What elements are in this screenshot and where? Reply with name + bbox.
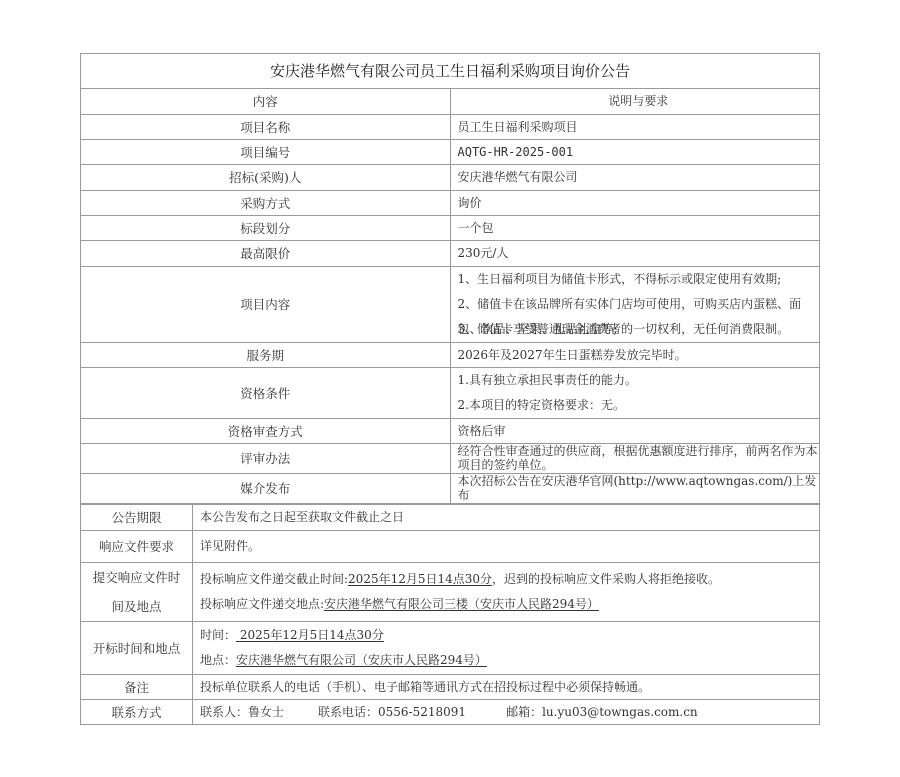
- contact-person: 联系人：鲁女士: [200, 705, 284, 719]
- place-prefix: 投标响应文件递交地点:: [200, 597, 324, 611]
- header-description-label: 说明与要求: [450, 89, 820, 115]
- row-label: 标段划分: [81, 216, 451, 241]
- content-line: 2、储值卡在该品牌所有实体门店均可使用，可购买店内蛋糕、面包、饮品、坚果、礼品礼…: [458, 292, 820, 317]
- submission-place-line: 投标响应文件递交地点:安庆港华燃气有限公司三楼（安庆市人民路294号）: [200, 592, 819, 617]
- opening-place-value: 安庆港华燃气有限公司（安庆市人民路294号）: [236, 653, 487, 667]
- row-procurement-method: 采购方式 询价: [81, 191, 820, 216]
- opening-time-line: 时间： 2025年12月5日14点30分: [200, 623, 819, 648]
- submission-value: 投标响应文件递交截止时间:2025年12月5日14点30分，迟到的投标响应文件采…: [193, 563, 820, 622]
- place-value: 安庆港华燃气有限公司三楼（安庆市人民路294号）: [324, 597, 599, 611]
- content-line: 1、生日福利项目为储值卡形式，不得标示或限定使用有效期;: [458, 267, 820, 292]
- qualification-value: 1.具有独立承担民事责任的能力。 2.本项目的特定资格要求：无。: [450, 368, 820, 419]
- row-label: 备注: [81, 675, 193, 700]
- max-price-value: 230元/人: [450, 241, 820, 267]
- deadline-value: 2025年12月5日14点30分: [348, 572, 492, 586]
- row-label: 项目名称: [81, 115, 451, 140]
- row-contact: 联系方式 联系人：鲁女士联系电话：0556-5218091邮箱：lu.yu03@…: [81, 700, 820, 725]
- row-label: 媒介发布: [81, 473, 451, 503]
- evaluation-method-value: 经符合性审查通过的供应商，根据优惠额度进行排序，前两名作为本项目的签约单位。: [450, 444, 820, 474]
- service-period-value: 2026年及2027年生日蛋糕券发放完毕时。: [450, 343, 820, 368]
- row-opening-time-place: 开标时间和地点 时间： 2025年12月5日14点30分 地点：安庆港华燃气有限…: [81, 622, 820, 675]
- row-segment: 标段划分 一个包: [81, 216, 820, 241]
- contact-value: 联系人：鲁女士联系电话：0556-5218091邮箱：lu.yu03@towng…: [193, 700, 820, 725]
- row-notice-period: 公告期限 本公告发布之日起至获取文件截止之日: [81, 505, 820, 531]
- page-title: 安庆港华燃气有限公司员工生日福利采购项目询价公告: [81, 54, 820, 89]
- row-submission-time-place: 提交响应文件时 间及地点 投标响应文件递交截止时间:2025年12月5日14点3…: [81, 563, 820, 622]
- row-label: 服务期: [81, 343, 451, 368]
- row-label: 招标(采购)人: [81, 165, 451, 191]
- row-response-requirements: 响应文件要求 详见附件。: [81, 531, 820, 563]
- row-label: 资格审查方式: [81, 419, 451, 444]
- row-label: 评审办法: [81, 444, 451, 474]
- project-content-value: 1、生日福利项目为储值卡形式，不得标示或限定使用有效期; 2、储值卡在该品牌所有…: [450, 267, 820, 343]
- row-project-content: 项目内容 1、生日福利项目为储值卡形式，不得标示或限定使用有效期; 2、储值卡在…: [81, 267, 820, 343]
- contact-phone: 联系电话：0556-5218091: [318, 705, 466, 719]
- row-label: 最高限价: [81, 241, 451, 267]
- header-content-label: 内容: [81, 89, 451, 115]
- qualification-review-value: 资格后审: [450, 419, 820, 444]
- row-project-code: 项目编号 AQTG-HR-2025-001: [81, 140, 820, 165]
- segment-value: 一个包: [450, 216, 820, 241]
- project-code-value: AQTG-HR-2025-001: [450, 140, 820, 165]
- row-project-name: 项目名称 员工生日福利采购项目: [81, 115, 820, 140]
- row-label: 响应文件要求: [81, 531, 193, 563]
- qualification-line: 1.具有独立承担民事责任的能力。: [458, 368, 820, 393]
- label-line: 提交响应文件时: [81, 563, 192, 592]
- row-label: 项目内容: [81, 267, 451, 343]
- row-max-price: 最高限价 230元/人: [81, 241, 820, 267]
- notice-table-submission: 公告期限 本公告发布之日起至获取文件截止之日 响应文件要求 详见附件。 提交响应…: [80, 504, 820, 725]
- procurement-method-value: 询价: [450, 191, 820, 216]
- opening-value: 时间： 2025年12月5日14点30分 地点：安庆港华燃气有限公司（安庆市人民…: [193, 622, 820, 675]
- contact-email: 邮箱：lu.yu03@towngas.com.cn: [506, 705, 698, 719]
- project-name-value: 员工生日福利采购项目: [450, 115, 820, 140]
- row-label: 开标时间和地点: [81, 622, 193, 675]
- row-label: 资格条件: [81, 368, 451, 419]
- row-label: 提交响应文件时 间及地点: [81, 563, 193, 622]
- row-label: 公告期限: [81, 505, 193, 531]
- opening-time-value: 2025年12月5日14点30分: [236, 628, 384, 642]
- submission-deadline-line: 投标响应文件递交截止时间:2025年12月5日14点30分，迟到的投标响应文件采…: [200, 567, 819, 592]
- time-prefix: 时间：: [200, 628, 236, 642]
- row-label: 采购方式: [81, 191, 451, 216]
- label-line: 间及地点: [81, 592, 192, 621]
- row-qualification-review: 资格审查方式 资格后审: [81, 419, 820, 444]
- row-label: 联系方式: [81, 700, 193, 725]
- response-requirements-value: 详见附件。: [193, 531, 820, 563]
- notice-period-value: 本公告发布之日起至获取文件截止之日: [193, 505, 820, 531]
- buyer-value: 安庆港华燃气有限公司: [450, 165, 820, 191]
- row-buyer: 招标(采购)人 安庆港华燃气有限公司: [81, 165, 820, 191]
- qualification-line: 2.本项目的特定资格要求：无。: [458, 393, 820, 418]
- deadline-prefix: 投标响应文件递交截止时间:: [200, 572, 348, 586]
- row-label: 项目编号: [81, 140, 451, 165]
- row-qualification: 资格条件 1.具有独立承担民事责任的能力。 2.本项目的特定资格要求：无。: [81, 368, 820, 419]
- notice-table-main: 安庆港华燃气有限公司员工生日福利采购项目询价公告 内容 说明与要求 项目名称 员…: [80, 53, 820, 504]
- opening-place-line: 地点：安庆港华燃气有限公司（安庆市人民路294号）: [200, 648, 819, 673]
- remarks-value: 投标单位联系人的电话（手机）、电子邮箱等通讯方式在招投标过程中必须保持畅通。: [193, 675, 820, 700]
- row-media: 媒介发布 本次招标公告在安庆港华官网(http://www.aqtowngas.…: [81, 473, 820, 503]
- media-value: 本次招标公告在安庆港华官网(http://www.aqtowngas.com/)…: [450, 473, 820, 503]
- row-service-period: 服务期 2026年及2027年生日蛋糕券发放完毕时。: [81, 343, 820, 368]
- deadline-suffix: ，迟到的投标响应文件采购人将拒绝接收。: [492, 572, 720, 586]
- row-evaluation-method: 评审办法 经符合性审查通过的供应商，根据优惠额度进行排序，前两名作为本项目的签约…: [81, 444, 820, 474]
- content-line: 3、储值卡享受普通现金消费者的一切权利，无任何消费限制。: [458, 317, 820, 342]
- row-remarks: 备注 投标单位联系人的电话（手机）、电子邮箱等通讯方式在招投标过程中必须保持畅通…: [81, 675, 820, 700]
- place-prefix: 地点：: [200, 653, 236, 667]
